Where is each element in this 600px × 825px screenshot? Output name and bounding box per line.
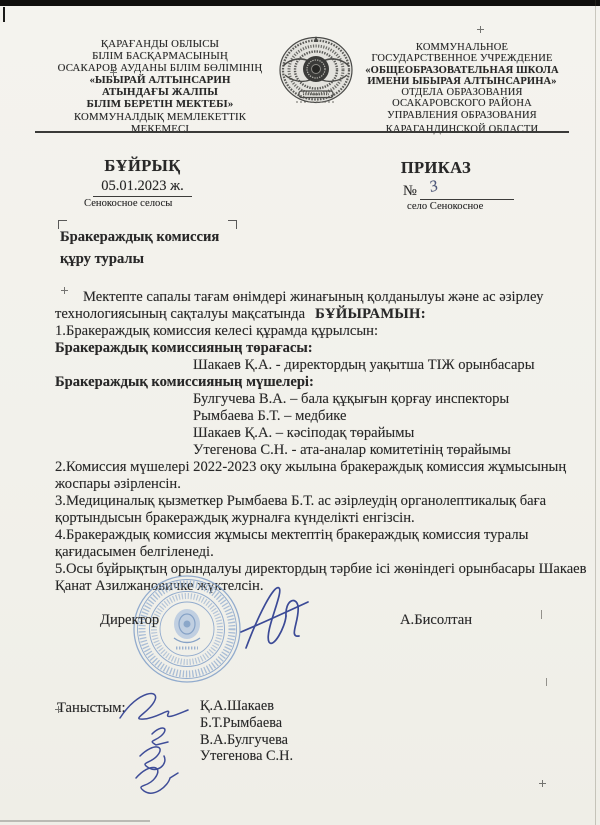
body-line: технологиясының сақталуы мақсатындаБҰЙЫР…: [55, 306, 575, 323]
org-line: ГОСУДАРСТВЕННОЕ УЧРЕЖДЕНИЕ: [337, 53, 587, 64]
subject-line: Бракераждық комиссия: [60, 226, 219, 248]
body-line: 3.Медициналық қызметкер Рымбаева Б.Т. ас…: [55, 493, 575, 510]
org-line: ИМЕНИ ЫБЫРАЯ АЛТЫНСАРИНА»: [337, 76, 587, 87]
acquainted-names: Қ.А.Шакаев Б.Т.Рымбаева В.А.Булгучева Ут…: [200, 698, 293, 765]
org-line: ОТДЕЛА ОБРАЗОВАНИЯ: [337, 87, 587, 98]
scan-artifact: [539, 780, 546, 787]
body-line: Булгучева В.А. – бала құқығын қорғау инс…: [55, 391, 575, 408]
order-body: Мектепте сапалы тағам өнімдері жинағының…: [55, 289, 575, 595]
order-number-label: №: [403, 183, 417, 199]
order-number: №3: [351, 182, 521, 200]
order-heading-kazakh: БҰЙРЫҚ 05.01.2023 ж. Сенокосное селосы: [60, 156, 225, 209]
director-signature: [238, 576, 316, 669]
body-line: Шакаев Қ.А. – кәсіподақ төрайымы: [55, 425, 575, 442]
org-line: КОММУНАЛЬНОЕ: [337, 42, 587, 53]
org-name-russian: КОММУНАЛЬНОЕ ГОСУДАРСТВЕННОЕ УЧРЕЖДЕНИЕ …: [337, 42, 587, 135]
body-line: Рымбаева Б.Т. – медбике: [55, 408, 575, 425]
scan-artifact: [546, 678, 547, 686]
body-line: жоспары әзірленсін.: [55, 476, 575, 493]
body-line: Утегенова С.Н. - ата-аналар комитетінің …: [55, 442, 575, 459]
body-line: Шакаев Қ.А. - директордың уақытша ТІЖ ор…: [55, 357, 575, 374]
acquainted-name: Қ.А.Шакаев: [200, 698, 293, 715]
acquainted-name: Утегенова С.Н.: [200, 748, 293, 765]
order-title-kk: БҰЙРЫҚ: [60, 156, 225, 176]
org-line: АТЫНДАҒЫ ЖАЛПЫ: [40, 86, 280, 98]
order-date: 05.01.2023 ж.: [93, 178, 192, 197]
org-line: ОСАКАРОВ АУДАНЫ БІЛІМ БӨЛІМІНІҢ: [40, 62, 280, 74]
org-name-kazakh: ҚАРАҒАНДЫ ОБЛЫСЫ БІЛІМ БАСҚАРМАСЫНЫҢ ОСА…: [40, 38, 280, 135]
body-line: қағидасымен белгіленеді.: [55, 544, 575, 561]
scan-top-edge: [0, 0, 600, 6]
org-line: БІЛІМ БЕРЕТІН МЕКТЕБІ»: [40, 98, 280, 110]
body-line: 4.Бракераждық комиссия жұмысы мектептің …: [55, 527, 575, 544]
order-subject: Бракераждық комиссия құру туралы: [60, 226, 219, 270]
school-round-stamp: [132, 574, 242, 689]
director-label: Директор: [100, 612, 159, 629]
scan-artifact: [3, 7, 5, 22]
acquainted-name: Б.Т.Рымбаева: [200, 715, 293, 732]
order-title-ru: ПРИКАЗ: [351, 158, 521, 178]
body-line: қортындысын бракераждық журналға күнделі…: [55, 510, 575, 527]
director-name: А.Бисолтан: [400, 612, 472, 629]
header-divider: [35, 131, 569, 133]
scan-artifact: [0, 820, 150, 822]
order-number-value-handwritten: 3: [428, 177, 441, 197]
org-line: БІЛІМ БАСҚАРМАСЫНЫҢ: [40, 50, 280, 62]
body-line: Бракераждық комиссияның төрағасы:: [55, 340, 575, 357]
order-heading-russian: ПРИКАЗ №3 село Сенокосное: [351, 158, 521, 212]
corner-mark: [228, 220, 237, 229]
org-line: УПРАВЛЕНИЯ ОБРАЗОВАНИЯ: [337, 110, 587, 121]
scan-artifact: [477, 26, 484, 33]
body-line: 2.Комиссия мүшелері 2022-2023 оқу жылына…: [55, 459, 575, 476]
body-line: 1.Бракераждық комиссия келесі құрамда құ…: [55, 323, 575, 340]
scan-fold-line: [595, 0, 596, 825]
org-line: ҚАРАҒАНДЫ ОБЛЫСЫ: [40, 38, 280, 50]
scanned-order-document: ҚАРАҒАНДЫ ОБЛЫСЫ БІЛІМ БАСҚАРМАСЫНЫҢ ОСА…: [0, 0, 600, 825]
scan-artifact: [541, 610, 542, 619]
acquainted-signatures: [108, 688, 213, 805]
org-line: «ОБЩЕОБРАЗОВАТЕЛЬНАЯ ШКОЛА: [337, 65, 587, 76]
subject-line: құру туралы: [60, 248, 219, 270]
org-line: «ЫБЫРАЙ АЛТЫНСАРИН: [40, 74, 280, 86]
order-place-ru: село Сенокосное: [351, 201, 521, 212]
resolve-word: БҰЙЫРАМЫН:: [305, 306, 426, 322]
body-line: Мектепте сапалы тағам өнімдері жинағының…: [55, 289, 575, 306]
body-line: Бракераждық комиссияның мүшелері:: [55, 374, 575, 391]
org-line: ОСАКАРОВСКОГО РАЙОНА: [337, 98, 587, 109]
org-line: КАРАГАНДИНСКОЙ ОБЛАСТИ: [337, 124, 587, 135]
org-line: КОММУНАЛДЫҚ МЕМЛЕКЕТТІК: [40, 111, 280, 123]
body-text: технологиясының сақталуы мақсатында: [55, 306, 305, 322]
order-place-kk: Сенокосное селосы: [60, 198, 225, 209]
order-number-line: 3: [420, 182, 514, 200]
acquainted-name: В.А.Булгучева: [200, 732, 293, 749]
